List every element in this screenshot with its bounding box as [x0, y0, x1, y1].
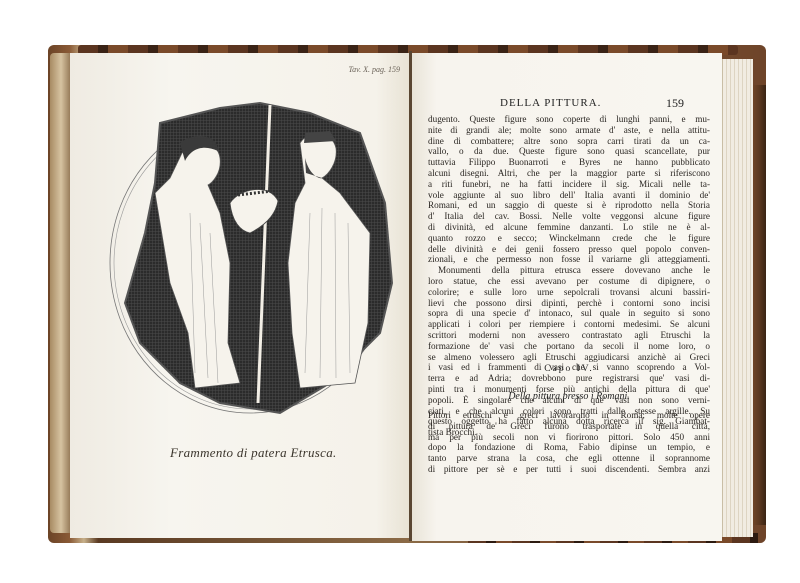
page-number: 159 — [666, 96, 684, 111]
text-line: delle divinità e dei genii fossero press… — [428, 244, 710, 255]
plate-reference: Tav. X. pag. 159 — [348, 65, 400, 74]
text-line: Romani, ed un saggio di queste si è ripr… — [428, 200, 710, 211]
text-line: di divinità, ed alcune femmine danzanti.… — [428, 222, 710, 233]
body-text-top: dugento. Queste figure sono coperte di l… — [428, 114, 710, 438]
page-block-edges — [722, 59, 753, 537]
text-line: ma per più secoli non vi fiorirono pitto… — [428, 432, 710, 443]
text-line: colorire; e sulle loro urne sepolcrali t… — [428, 287, 710, 298]
chapter-subtitle: Della pittura presso i Romani. — [428, 391, 710, 402]
engraving-caption: Frammento di patera Etrusca. — [170, 445, 337, 461]
text-line: dine di combattere; altre sono sopra car… — [428, 136, 710, 147]
text-line: lievi che possono dirsi dipinti, perchè … — [428, 298, 710, 309]
text-line: se almeno volessero agli Etruschi aggiud… — [428, 352, 710, 363]
text-line: applicati i colori per riempiere i conto… — [428, 319, 710, 330]
text-line: loro statue, che essi avevano per costum… — [428, 276, 710, 287]
text-line: di pittura de' Greci furono trasportate … — [428, 421, 710, 432]
text-line: alcuni disegni. Altri, che per la maggio… — [428, 168, 710, 179]
left-page: Tav. X. pag. 159 — [70, 53, 410, 538]
text-line: d' Italia del cav. Bossi. Nelle volte ve… — [428, 211, 710, 222]
body-text-bottom: Pittori etruschi e greci lavorarono in R… — [428, 410, 710, 475]
text-line: scrittori moderni non avessero contrasta… — [428, 330, 710, 341]
text-line: tuttavia Filippo Buonarroti e Byres ne h… — [428, 157, 710, 168]
open-book: Tav. X. pag. 159 — [48, 45, 768, 545]
text-line: a riti funebri, ne ha fatti incidere il … — [428, 179, 710, 190]
text-line: dopo la fondazione di Roma, Fabio dipins… — [428, 442, 710, 453]
chapter-heading: Capo IV. — [428, 364, 710, 374]
text-line: dugento. Queste figure sono coperte di l… — [428, 114, 710, 125]
text-line: terra e ad Adria; dovrebbono pure regist… — [428, 373, 710, 384]
engraving-patera-fragment — [100, 83, 400, 423]
text-line: Monumenti della pittura etrusca essere d… — [428, 265, 710, 276]
text-line: vallo, o da due. Queste figure sono quas… — [428, 146, 710, 157]
text-line: zionali, e che permesso non fosse il var… — [428, 254, 710, 265]
text-line: nite di grandi ale; molte sono armate d'… — [428, 125, 710, 136]
right-page: DELLA PITTURA. 159 dugento. Queste figur… — [412, 53, 722, 541]
text-line: vole aggiunte al suo libro dell' Italia … — [428, 190, 710, 201]
text-line: Pittori etruschi e greci lavorarono in R… — [428, 410, 710, 421]
text-line: di pittore per sè e per tutti i suoi dis… — [428, 464, 710, 475]
text-line: quanto rozzo e secco; Winckelmann crede … — [428, 233, 710, 244]
text-line: tanto parve strana la cosa, che egli ott… — [428, 453, 710, 464]
text-line: sopra di una specie d' intonaco, sul qua… — [428, 308, 710, 319]
running-head-title: DELLA PITTURA. — [500, 97, 601, 109]
cover-spine-left — [50, 53, 72, 533]
text-line: formazione de' vasi che portano da secol… — [428, 341, 710, 352]
